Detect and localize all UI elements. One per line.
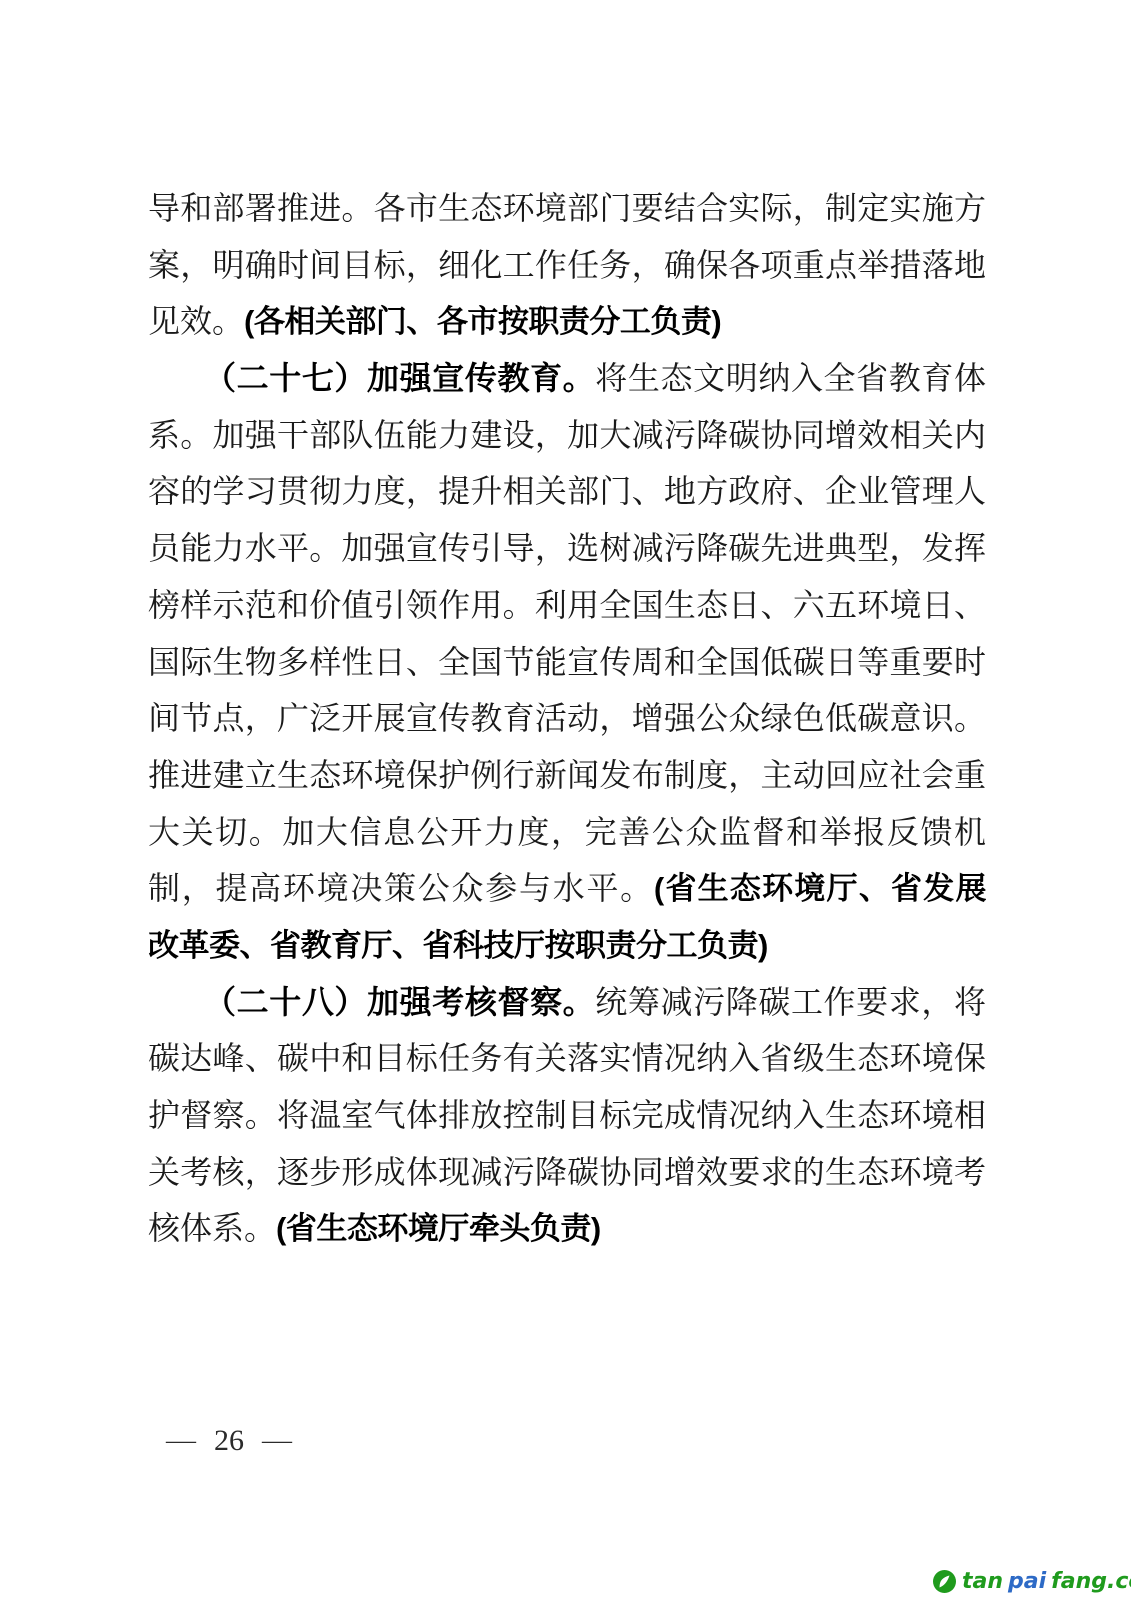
text-segment-body: 碳达峰、碳中和目标任务有关落实情况纳入省级生态环境保 — [148, 1040, 986, 1076]
text-segment-body: 案，明确时间目标，细化工作任务，确保各项重点举措落地 — [148, 247, 986, 283]
text-segment-body: 间节点，广泛开展宣传教育活动，增强公众绿色低碳意识。 — [148, 700, 986, 736]
site-watermark[interactable]: tanpaifang.com — [932, 1566, 1131, 1596]
footer-dash-left: — — [166, 1427, 196, 1454]
text-segment-resp: 改革委、省教育厅、省科技厅按职责分工负责) — [148, 928, 768, 963]
page-footer: — 26 — — [166, 1424, 292, 1458]
page-number: 26 — [214, 1424, 244, 1458]
text-segment-head: （二十八）加强考核督察。 — [204, 984, 595, 1020]
text-segment-resp: (各相关部门、各市按职责分工负责) — [244, 304, 721, 339]
document-line: 碳达峰、碳中和目标任务有关落实情况纳入省级生态环境保 — [148, 1030, 986, 1087]
text-segment-body: 导和部署推进。各市生态环境部门要结合实际，制定实施方 — [148, 190, 986, 226]
document-line: （二十八）加强考核督察。统筹减污降碳工作要求，将 — [148, 974, 986, 1031]
text-segment-body: 榜样示范和价值引领作用。利用全国生态日、六五环境日、 — [148, 587, 986, 623]
document-line: 关考核，逐步形成体现减污降碳协同增效要求的生态环境考 — [148, 1144, 986, 1201]
document-body-text: 导和部署推进。各市生态环境部门要结合实际，制定实施方案，明确时间目标，细化工作任… — [148, 180, 986, 1257]
document-line: 见效。(各相关部门、各市按职责分工负责) — [148, 293, 986, 350]
document-line: 制，提高环境决策公众参与水平。(省生态环境厅、省发展 — [148, 860, 986, 917]
document-line: 间节点，广泛开展宣传教育活动，增强公众绿色低碳意识。 — [148, 690, 986, 747]
text-segment-body: 容的学习贯彻力度，提升相关部门、地方政府、企业管理人 — [148, 473, 986, 509]
brand-text-fangcom: fang.com — [1051, 1569, 1131, 1594]
tanpaifang-logo-icon — [932, 1569, 957, 1594]
document-line: 案，明确时间目标，细化工作任务，确保各项重点举措落地 — [148, 237, 986, 294]
text-segment-body: 推进建立生态环境保护例行新闻发布制度，主动回应社会重 — [148, 757, 986, 793]
text-segment-body: 制，提高环境决策公众参与水平。 — [148, 870, 654, 906]
document-line: 榜样示范和价值引领作用。利用全国生态日、六五环境日、 — [148, 577, 986, 634]
document-line: 国际生物多样性日、全国节能宣传周和全国低碳日等重要时 — [148, 634, 986, 691]
text-segment-body: 员能力水平。加强宣传引导，选树减污降碳先进典型，发挥 — [148, 530, 986, 566]
document-line: 导和部署推进。各市生态环境部门要结合实际，制定实施方 — [148, 180, 986, 237]
text-segment-body: 核体系。 — [148, 1210, 276, 1246]
document-line: 员能力水平。加强宣传引导，选树减污降碳先进典型，发挥 — [148, 520, 986, 577]
text-segment-resp: (省生态环境厅牵头负责) — [276, 1211, 601, 1246]
document-line: 推进建立生态环境保护例行新闻发布制度，主动回应社会重 — [148, 747, 986, 804]
document-line: 系。加强干部队伍能力建设，加大减污降碳协同增效相关内 — [148, 407, 986, 464]
document-line: 容的学习贯彻力度，提升相关部门、地方政府、企业管理人 — [148, 463, 986, 520]
text-segment-head: （二十七）加强宣传教育。 — [204, 360, 595, 396]
document-line: （二十七）加强宣传教育。将生态文明纳入全省教育体 — [148, 350, 986, 407]
brand-text-tan: tan — [962, 1569, 1003, 1594]
text-segment-body: 关考核，逐步形成体现减污降碳协同增效要求的生态环境考 — [148, 1154, 986, 1190]
document-line: 护督察。将温室气体排放控制目标完成情况纳入生态环境相 — [148, 1087, 986, 1144]
brand-text-pai: pai — [1008, 1569, 1046, 1594]
text-segment-body: 见效。 — [148, 303, 244, 339]
text-segment-resp: (省生态环境厅、省发展 — [654, 871, 986, 906]
document-line: 核体系。(省生态环境厅牵头负责) — [148, 1200, 986, 1257]
text-segment-body: 统筹减污降碳工作要求，将 — [595, 984, 986, 1020]
text-segment-body: 系。加强干部队伍能力建设，加大减污降碳协同增效相关内 — [148, 417, 986, 453]
document-line: 改革委、省教育厅、省科技厅按职责分工负责) — [148, 917, 986, 974]
text-segment-body: 护督察。将温室气体排放控制目标完成情况纳入生态环境相 — [148, 1097, 986, 1133]
text-segment-body: 将生态文明纳入全省教育体 — [595, 360, 986, 396]
text-segment-body: 大关切。加大信息公开力度，完善公众监督和举报反馈机 — [148, 814, 986, 850]
document-line: 大关切。加大信息公开力度，完善公众监督和举报反馈机 — [148, 804, 986, 861]
footer-dash-right: — — [262, 1427, 292, 1454]
document-page: 导和部署推进。各市生态环境部门要结合实际，制定实施方案，明确时间目标，细化工作任… — [0, 0, 1131, 1600]
text-segment-body: 国际生物多样性日、全国节能宣传周和全国低碳日等重要时 — [148, 644, 986, 680]
